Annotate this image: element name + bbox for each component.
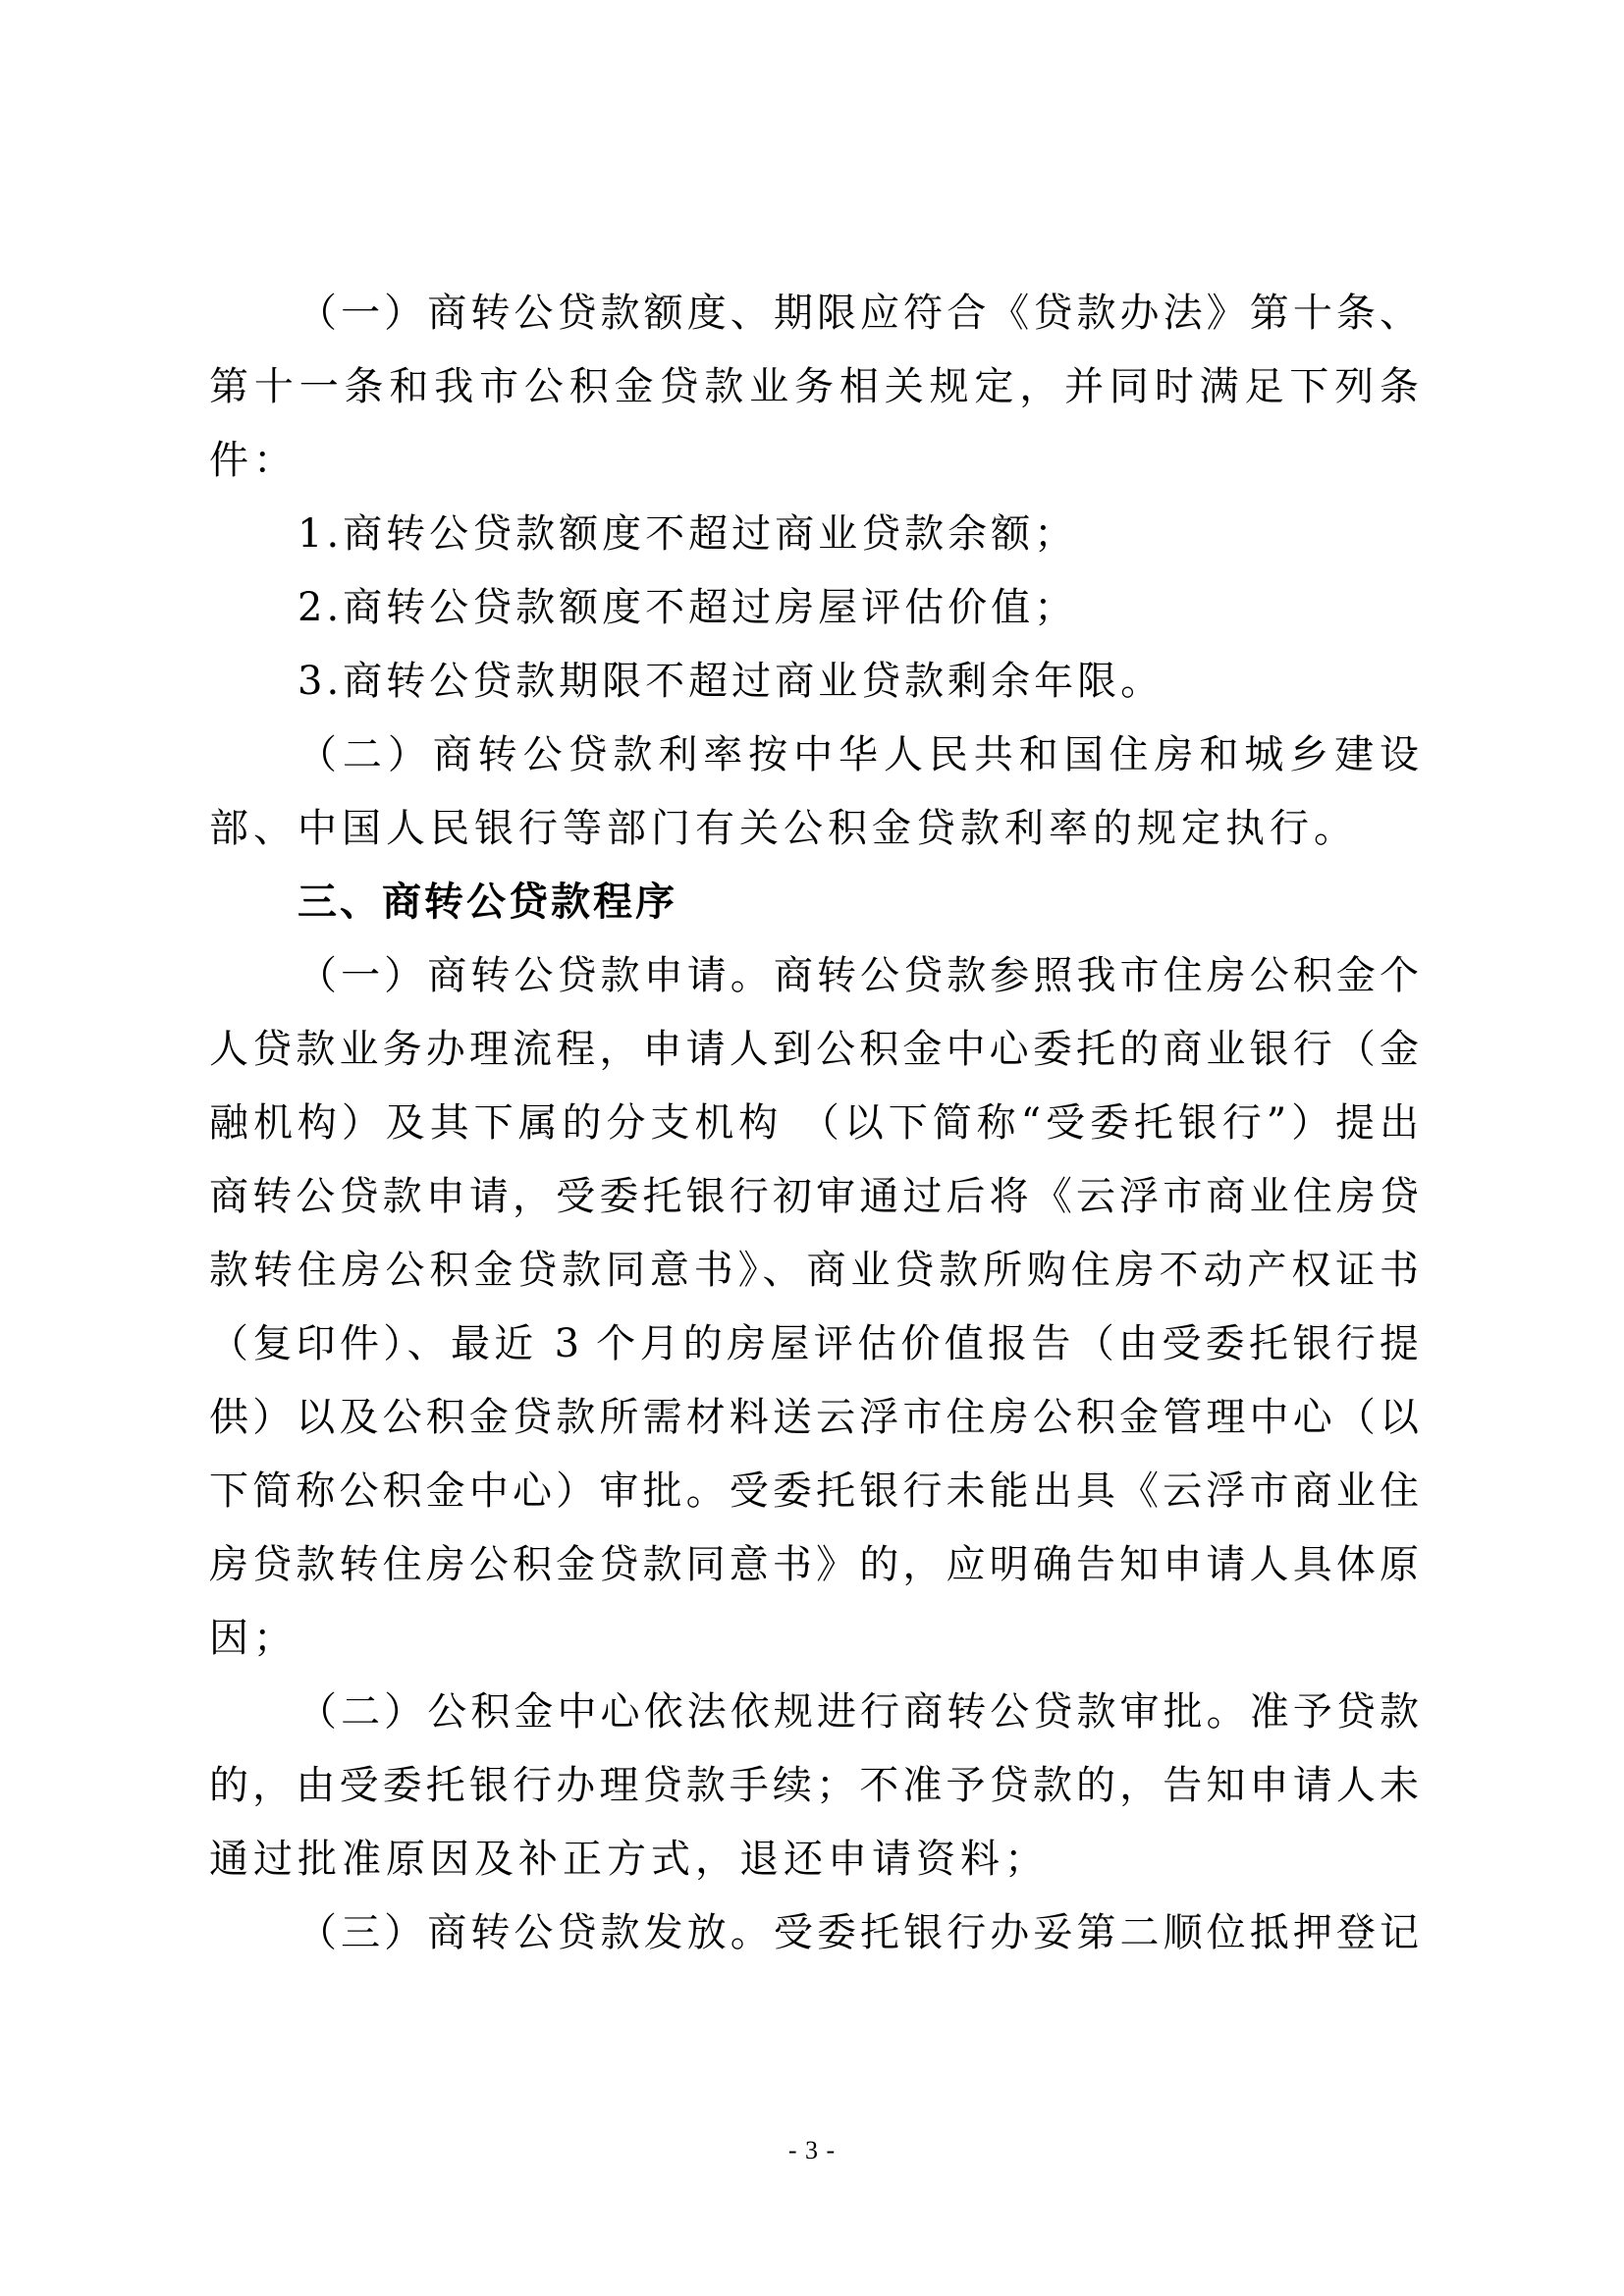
paragraph-line: （一）商转公贷款申请。商转公贷款参照我市住房公积金个 <box>209 939 1419 1013</box>
paragraph-line: 第十一条和我市公积金贷款业务相关规定，并同时满足下列条 <box>209 350 1419 424</box>
paragraph-line: 供）以及公积金贷款所需材料送云浮市住房公积金管理中心（以 <box>209 1381 1419 1455</box>
section-heading: 三、商转公贷款程序 <box>209 866 1419 939</box>
paragraph-line: 因； <box>209 1602 1419 1676</box>
paragraph-line: 通过批准原因及补正方式，退还申请资料； <box>209 1823 1419 1896</box>
paragraph-line: 商转公贷款申请，受委托银行初审通过后将《云浮市商业住房贷 <box>209 1160 1419 1234</box>
paragraph-line: 人贷款业务办理流程，申请人到公积金中心委托的商业银行（金 <box>209 1013 1419 1087</box>
paragraph-line: 部、中国人民银行等部门有关公积金贷款利率的规定执行。 <box>209 792 1419 866</box>
paragraph-line: （二）公积金中心依法依规进行商转公贷款审批。准予贷款 <box>209 1676 1419 1749</box>
paragraph-line: 融机构）及其下属的分支机构 （以下简称“受委托银行”）提出 <box>209 1087 1419 1160</box>
paragraph-line: （复印件）、最近 3 个月的房屋评估价值报告（由受委托银行提 <box>209 1308 1419 1381</box>
paragraph-line: （一）商转公贷款额度、期限应符合《贷款办法》第十条、 <box>209 277 1419 350</box>
page-number: - 3 - <box>0 2136 1624 2165</box>
document-page: （一）商转公贷款额度、期限应符合《贷款办法》第十条、 第十一条和我市公积金贷款业… <box>0 0 1624 2296</box>
paragraph-line: 的，由受委托银行办理贷款手续；不准予贷款的，告知申请人未 <box>209 1749 1419 1823</box>
paragraph-line: 房贷款转住房公积金贷款同意书》的，应明确告知申请人具体原 <box>209 1528 1419 1602</box>
paragraph-line: 款转住房公积金贷款同意书》、商业贷款所购住房不动产权证书 <box>209 1234 1419 1308</box>
list-item: 1.商转公贷款额度不超过商业贷款余额； <box>209 498 1419 571</box>
paragraph-line: （三）商转公贷款发放。受委托银行办妥第二顺位抵押登记 <box>209 1896 1419 1970</box>
list-item: 3.商转公贷款期限不超过商业贷款剩余年限。 <box>209 645 1419 719</box>
paragraph-line: 下简称公积金中心）审批。受委托银行未能出具《云浮市商业住 <box>209 1455 1419 1528</box>
document-body: （一）商转公贷款额度、期限应符合《贷款办法》第十条、 第十一条和我市公积金贷款业… <box>209 277 1419 1970</box>
list-item: 2.商转公贷款额度不超过房屋评估价值； <box>209 571 1419 645</box>
paragraph-line: 件： <box>209 424 1419 498</box>
paragraph-line: （二）商转公贷款利率按中华人民共和国住房和城乡建设 <box>209 719 1419 792</box>
